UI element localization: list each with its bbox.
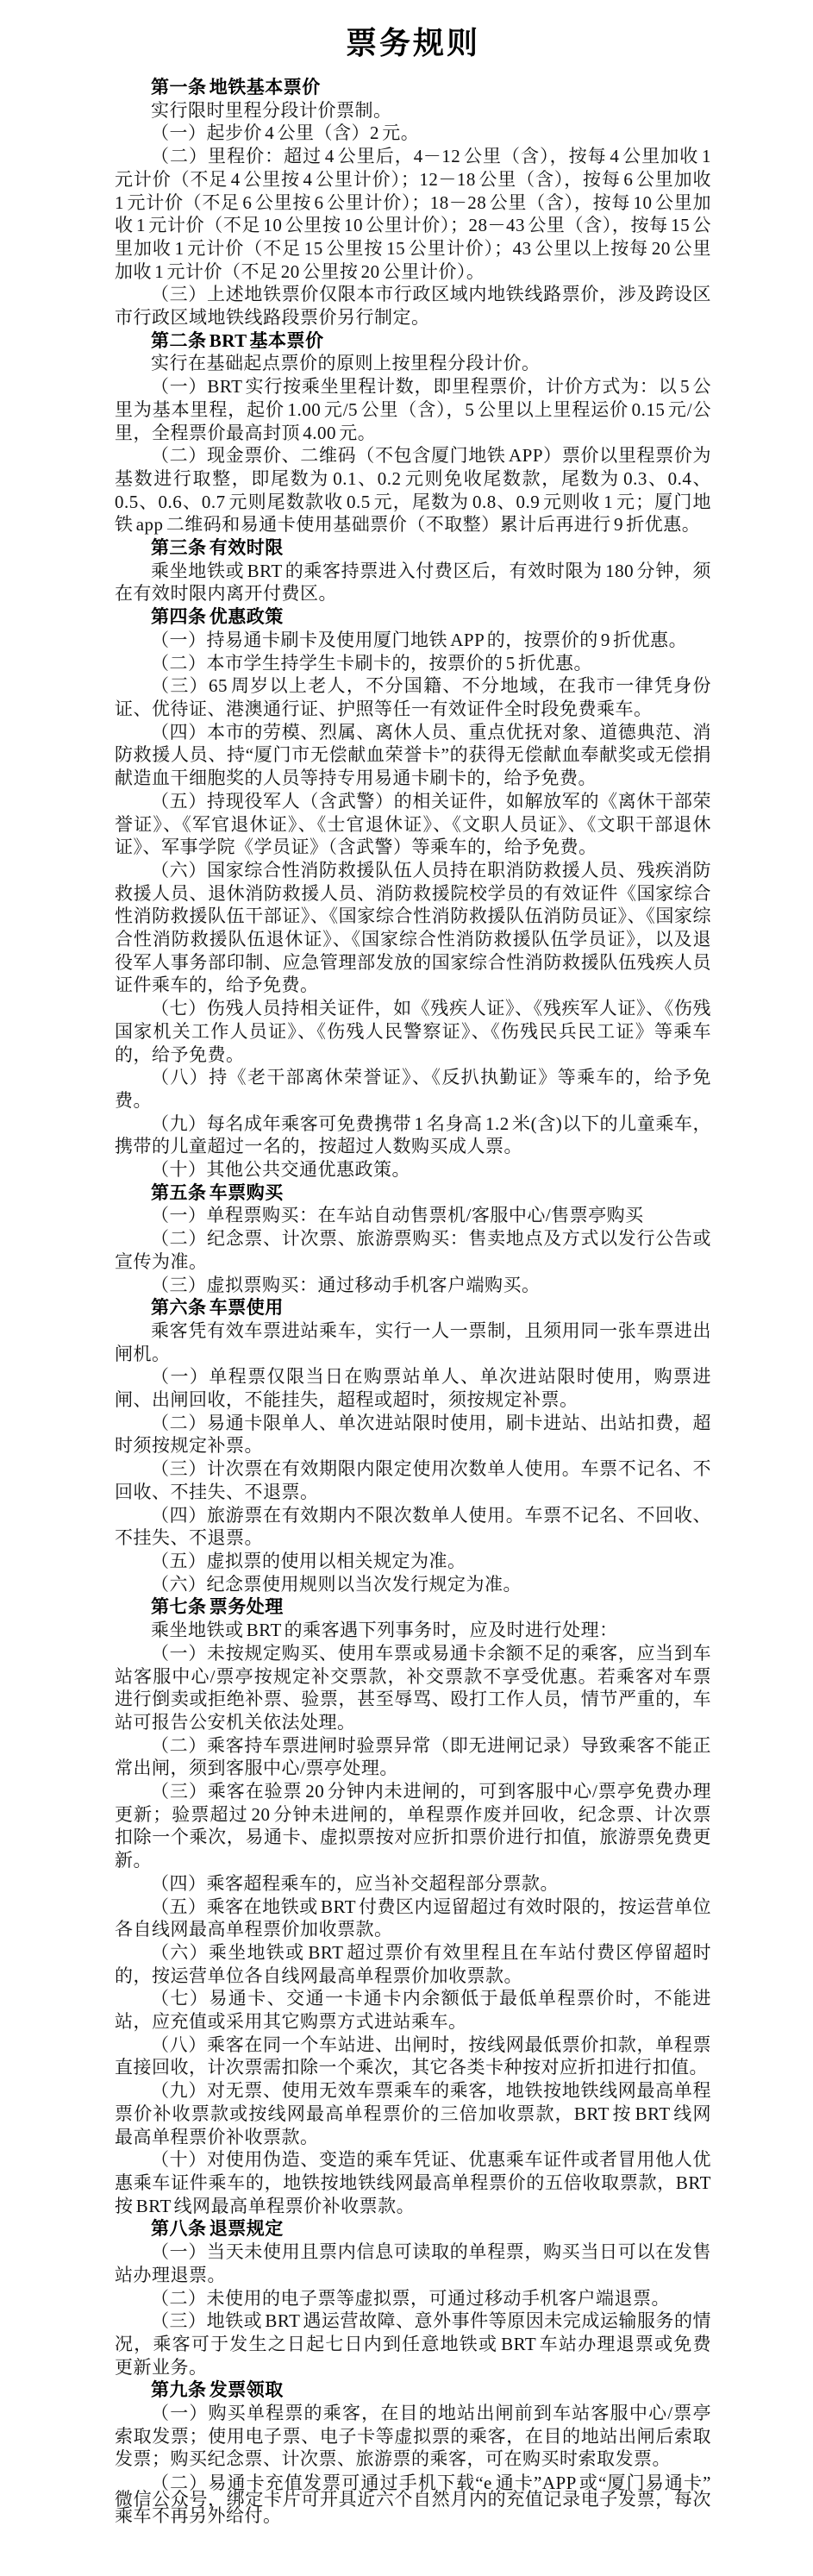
paragraph: （二）本市学生持学生卡刷卡的，按票价的 5 折优惠。 [115,652,711,675]
paragraph: （二）现金票价、二维码（不包含厦门地铁 APP）票价以里程票价为基数进行取整，即… [115,444,711,536]
paragraph: （五）虚拟票的使用以相关规定为准。 [115,1550,711,1573]
paragraph: 乘坐地铁或 BRT 的乘客持票进入付费区后，有效时限为 180 分钟，须在有效时… [115,560,711,605]
paragraph: （三）计次票在有效期限内限定使用次数单人使用。车票不记名、不回收、不挂失、不退票… [115,1457,711,1503]
section-heading: 第五条 车票购买 [115,1181,711,1205]
paragraph: （六）国家综合性消防救援队伍人员持在职消防救援人员、残疾消防救援人员、退休消防救… [115,859,711,997]
paragraph: （十）其他公共交通优惠政策。 [115,1158,711,1181]
paragraph: （六）纪念票使用规则以当次发行规定为准。 [115,1573,711,1596]
paragraph: 实行在基础起点票价的原则上按里程分段计价。 [115,352,711,375]
page-title: 票务规则 [115,22,711,64]
paragraph: （二）乘客持车票进闸时验票异常（即无进闸记录）导致乘客不能正常出闸，须到客服中心… [115,1734,711,1780]
paragraph: （十）对使用伪造、变造的乘车凭证、优惠乘车证件或者冒用他人优惠乘车证件乘车的，地… [115,2148,711,2217]
paragraph: 实行限时里程分段计价票制。 [115,99,711,122]
paragraph: （一）单程票仅限当日在购票站单人、单次进站限时使用，购票进闸、出闸回收，不能挂失… [115,1365,711,1411]
section-heading: 第六条 车票使用 [115,1296,711,1319]
section-heading: 第八条 退票规定 [115,2217,711,2241]
paragraph: （九）每名成年乘客可免费携带 1 名身高 1.2 米(含)以下的儿童乘车，携带的… [115,1113,711,1158]
paragraph: （八）乘客在同一个车站进、出闸时，按线网最低票价扣款，单程票直接回收，计次票需扣… [115,2034,711,2079]
document-page: 票务规则 第一条 地铁基本票价实行限时里程分段计价票制。（一）起步价 4 公里（… [0,0,813,2576]
paragraph: （七）易通卡、交通一卡通卡内余额低于最低单程票价时，不能进站，应充值或采用其它购… [115,1987,711,2033]
document-body: 第一条 地铁基本票价实行限时里程分段计价票制。（一）起步价 4 公里（含）2 元… [115,76,711,2524]
paragraph: （五）乘客在地铁或 BRT 付费区内逗留超过有效时限的，按运营单位各自线网最高单… [115,1896,711,1941]
paragraph: 乘坐地铁或 BRT 的乘客遇下列事务时，应及时进行处理： [115,1619,711,1642]
paragraph: （一）未按规定购买、使用车票或易通卡余额不足的乘客，应当到车站客服中心/票亭按规… [115,1642,711,1734]
paragraph: （二）易通卡充值发票可通过手机下载“e 通卡”APP 或“厦门易通卡”微信公众号… [115,2475,711,2524]
paragraph: （二）纪念票、计次票、旅游票购买：售卖地点及方式以发行公告或宣传为准。 [115,1227,711,1273]
paragraph: （九）对无票、使用无效车票乘车的乘客，地铁按地铁线网最高单程票价补收票款或按线网… [115,2079,711,2148]
paragraph: （六）乘坐地铁或 BRT 超过票价有效里程且在车站付费区停留超时的，按运营单位各… [115,1941,711,1987]
paragraph: （三）地铁或 BRT 遇运营故障、意外事件等原因未完成运输服务的情况，乘客可于发… [115,2310,711,2379]
paragraph: （三）65 周岁以上老人，不分国籍、不分地域，在我市一律凭身份证、优待证、港澳通… [115,674,711,720]
paragraph: （三）上述地铁票价仅限本市行政区域内地铁线路票价，涉及跨设区市行政区域地铁线路段… [115,283,711,329]
section-heading: 第七条 票务处理 [115,1595,711,1619]
paragraph: （五）持现役军人（含武警）的相关证件，如解放军的《离休干部荣誉证》、《军官退休证… [115,790,711,859]
paragraph: （三）乘客在验票 20 分钟内未进闸的，可到客服中心/票亭免费办理更新；验票超过… [115,1780,711,1872]
paragraph: 乘客凭有效车票进站乘车，实行一人一票制，且须用同一张车票进出闸机。 [115,1319,711,1365]
paragraph: （二）里程价：超过 4 公里后，4－12 公里（含），按每 4 公里加收 1 元… [115,145,711,283]
paragraph: （二）易通卡限单人、单次进站限时使用，刷卡进站、出站扣费，超时须按规定补票。 [115,1412,711,1457]
paragraph: （一）单程票购买：在车站自动售票机/客服中心/售票亭购买 [115,1204,711,1227]
paragraph: （七）伤残人员持相关证件，如《残疾人证》、《残疾军人证》、《伤残国家机关工作人员… [115,997,711,1066]
section-heading: 第九条 发票领取 [115,2379,711,2402]
paragraph: （八）持《老干部离休荣誉证》、《反扒执勤证》等乘车的，给予免费。 [115,1066,711,1112]
paragraph: （一）BRT 实行按乘坐里程计数，即里程票价，计价方式为：以 5 公里为基本里程… [115,375,711,444]
paragraph: （二）未使用的电子票等虚拟票，可通过移动手机客户端退票。 [115,2287,711,2310]
section-heading: 第三条 有效时限 [115,536,711,560]
section-heading: 第四条 优惠政策 [115,605,711,629]
section-heading: 第二条 BRT 基本票价 [115,329,711,353]
paragraph: （四）旅游票在有效期内不限次数单人使用。车票不记名、不回收、不挂失、不退票。 [115,1504,711,1550]
paragraph: （一）起步价 4 公里（含）2 元。 [115,122,711,145]
paragraph: （一）持易通卡刷卡及使用厦门地铁 APP 的，按票价的 9 折优惠。 [115,629,711,652]
section-heading: 第一条 地铁基本票价 [115,76,711,99]
paragraph: （一）购买单程票的乘客，在目的地站出闸前到车站客服中心/票亭索取发票；使用电子票… [115,2402,711,2471]
paragraph: （一）当天未使用且票内信息可读取的单程票，购买当日可以在发售站办理退票。 [115,2241,711,2286]
paragraph: （三）虚拟票购买：通过移动手机客户端购买。 [115,1274,711,1297]
paragraph: （四）乘客超程乘车的，应当补交超程部分票款。 [115,1872,711,1896]
paragraph: （四）本市的劳模、烈属、离休人员、重点优抚对象、道德典范、消防救援人员、持“厦门… [115,721,711,790]
